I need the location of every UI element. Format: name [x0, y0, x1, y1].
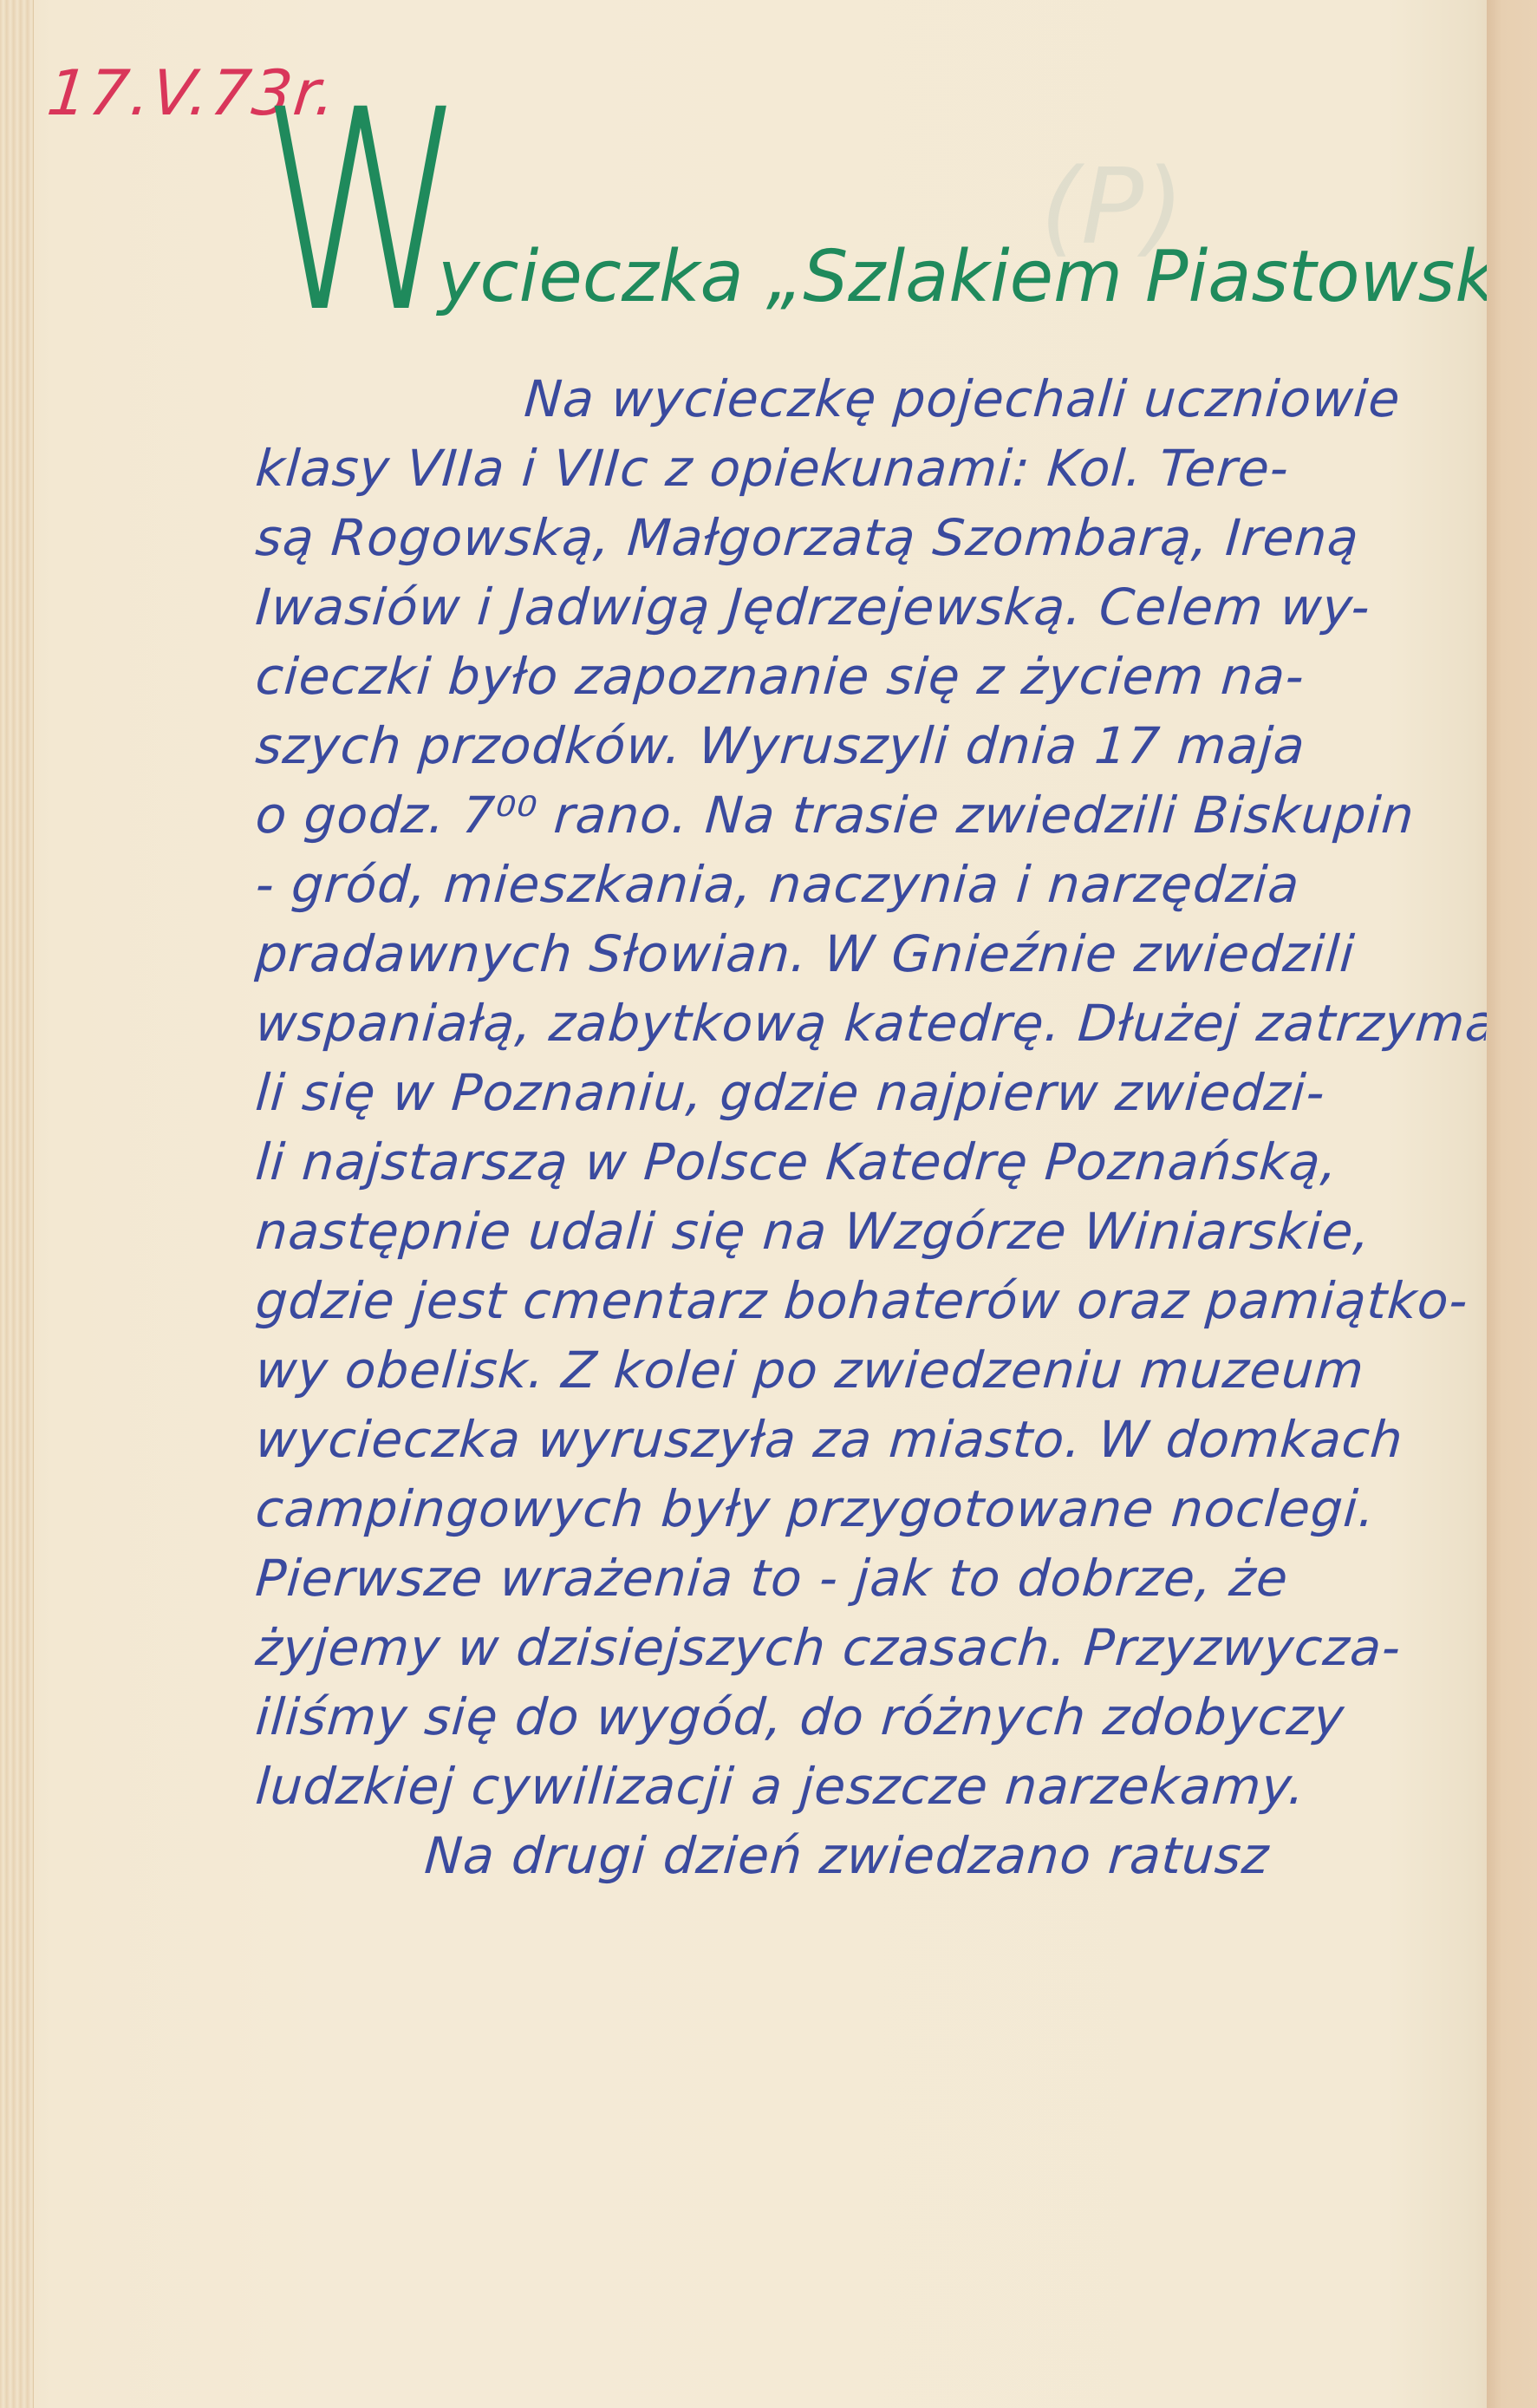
- text-line: Pierwsze wrażenia to - jak to dobrze, że: [253, 1543, 1489, 1613]
- text-line: - gród, mieszkania, naczynia i narzędzia: [253, 850, 1489, 919]
- title-initial-letter: W: [260, 82, 466, 343]
- text-line: li się w Poznaniu, gdzie najpierw zwiedz…: [253, 1058, 1489, 1127]
- text-line: li najstarszą w Polsce Katedrę Poznańską…: [253, 1127, 1489, 1197]
- text-line: wycieczka wyruszyła za miasto. W domkach: [253, 1405, 1489, 1474]
- text-line: gdzie jest cmentarz bohaterów oraz pamią…: [253, 1266, 1489, 1335]
- handwritten-body: Na wycieczkę pojechali uczniowie klasy V…: [256, 347, 1487, 1890]
- text-line: iliśmy się do wygód, do różnych zdobyczy: [253, 1682, 1489, 1752]
- text-line: następnie udali się na Wzgórze Winiarski…: [253, 1197, 1489, 1266]
- text-line: klasy VIIa i VIIc z opiekunami: Kol. Ter…: [253, 434, 1489, 503]
- text-line: ludzkiej cywilizacji a jeszcze narzekamy…: [253, 1752, 1489, 1821]
- page-binding: [0, 0, 34, 2408]
- text-line: Iwasiów i Jadwigą Jędrzejewską. Celem wy…: [253, 572, 1489, 642]
- text-line: Na wycieczkę pojechali uczniowie: [253, 364, 1489, 434]
- text-line: campingowych były przygotowane noclegi.: [253, 1474, 1489, 1543]
- text-line: cieczki było zapoznanie się z życiem na-: [253, 642, 1489, 711]
- text-line: wspaniałą, zabytkową katedrę. Dłużej zat…: [253, 989, 1489, 1058]
- text-line: Na drugi dzień zwiedzano ratusz: [253, 1821, 1489, 1890]
- text-line: o godz. 7⁰⁰ rano. Na trasie zwiedzili Bi…: [253, 780, 1489, 850]
- text-line: pradawnych Słowian. W Gnieźnie zwiedzili: [253, 919, 1489, 989]
- text-line: żyjemy w dzisiejszych czasach. Przyzwycz…: [253, 1613, 1489, 1682]
- title-text: ycieczka „Szlakiem Piastowskim”: [438, 234, 1537, 321]
- text-line: są Rogowską, Małgorzatą Szombarą, Ireną: [253, 503, 1489, 572]
- next-page-edge: [1487, 0, 1537, 2408]
- text-line: szych przodków. Wyruszyli dnia 17 maja: [253, 711, 1489, 780]
- notebook-page: (P) 17.V.73r. W ycieczka „Szlakiem Piast…: [0, 0, 1487, 2408]
- text-line: wy obelisk. Z kolei po zwiedzeniu muzeum: [253, 1335, 1489, 1405]
